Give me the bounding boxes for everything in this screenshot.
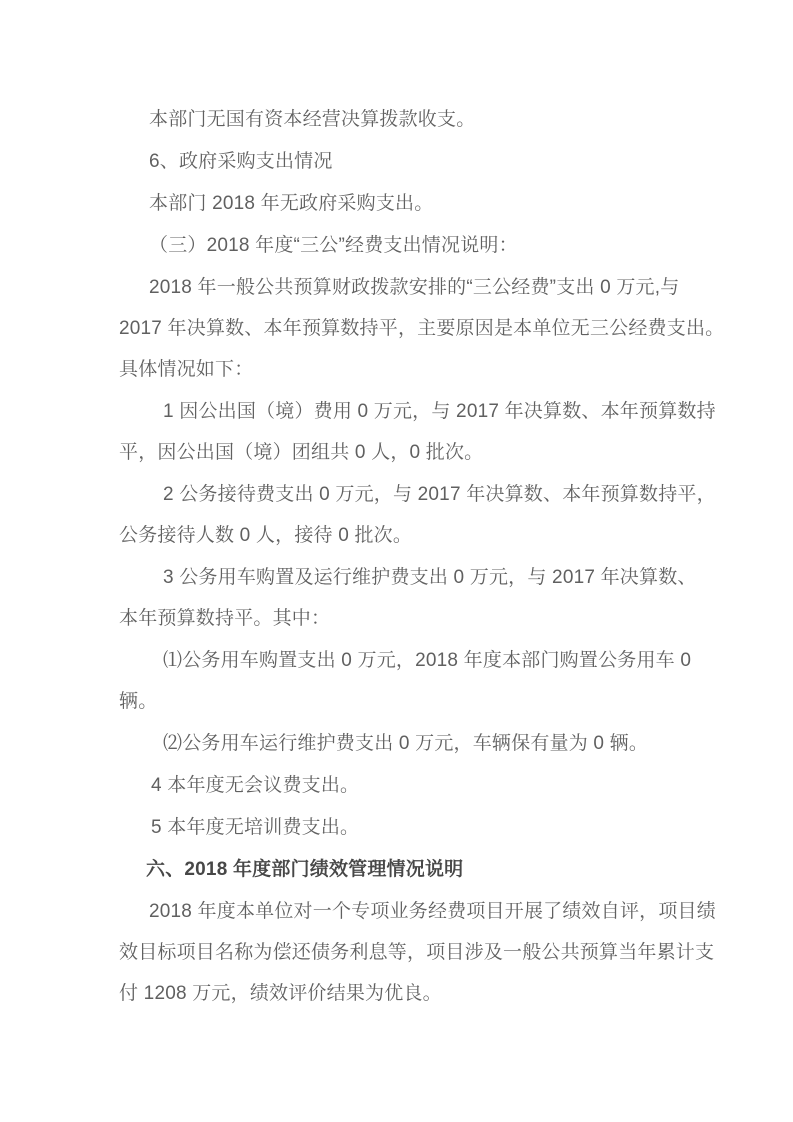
- paragraph-item2-official-reception: 2 公务接待费支出 0 万元，与 2017 年决算数、本年预算数持平， 公务接待…: [119, 474, 676, 556]
- paragraph-gov-procurement-heading: 6、政府采购支出情况: [119, 141, 676, 182]
- paragraph-item5-no-training-fees: 5 本年度无培训费支出。: [119, 807, 676, 848]
- paragraph-three-public-funds-heading: （三）2018 年度“三公”经费支出情况说明：: [119, 225, 676, 266]
- paragraph-item3-2-vehicle-maintenance: ⑵公务用车运行维护费支出 0 万元，车辆保有量为 0 辆。: [119, 723, 676, 764]
- document-page: 本部门无国有资本经营决算拨款收支。 6、政府采购支出情况 本部门 2018 年无…: [0, 0, 793, 1122]
- section-heading-performance-management: 六、2018 年度部门绩效管理情况说明: [119, 849, 676, 890]
- paragraph-item3-1-vehicle-purchase: ⑴公务用车购置支出 0 万元，2018 年度本部门购置公务用车 0 辆。: [119, 640, 676, 722]
- paragraph-three-public-funds-summary: 2018 年一般公共预算财政拨款安排的“三公经费”支出 0 万元,与 2017 …: [119, 267, 676, 390]
- paragraph-no-state-capital-payments: 本部门无国有资本经营决算拨款收支。: [119, 99, 676, 140]
- paragraph-performance-self-evaluation: 2018 年度本单位对一个专项业务经费项目开展了绩效自评，项目绩 效目标项目名称…: [119, 891, 676, 1014]
- paragraph-item4-no-meeting-fees: 4 本年度无会议费支出。: [119, 765, 676, 806]
- paragraph-item1-overseas-travel: 1 因公出国（境）费用 0 万元，与 2017 年决算数、本年预算数持 平，因公…: [119, 391, 676, 473]
- paragraph-item3-official-vehicles: 3 公务用车购置及运行维护费支出 0 万元，与 2017 年决算数、 本年预算数…: [119, 557, 676, 639]
- paragraph-no-gov-procurement: 本部门 2018 年无政府采购支出。: [119, 183, 676, 224]
